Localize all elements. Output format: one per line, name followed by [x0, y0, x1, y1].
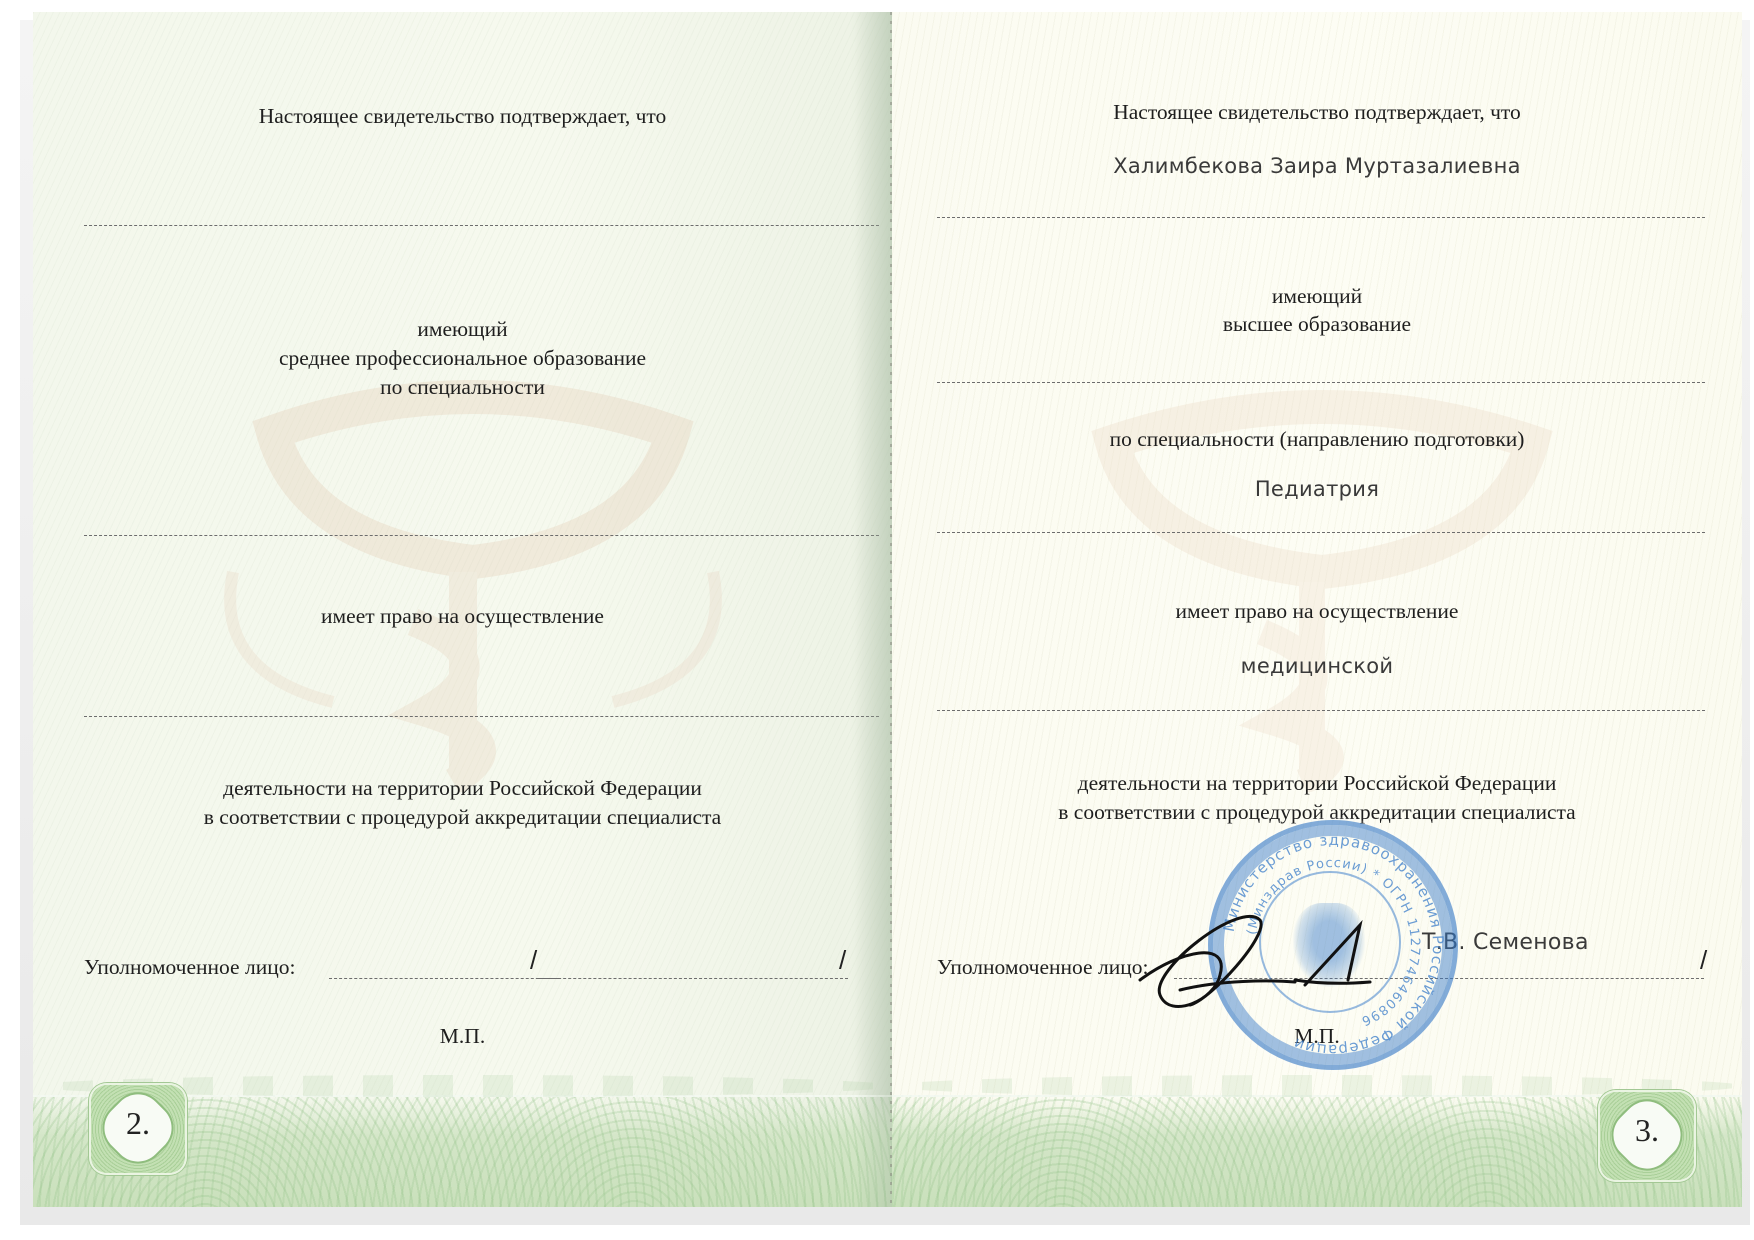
having-text: имеющий [892, 282, 1742, 311]
authorized-label: Уполномоченное лицо: [937, 953, 1148, 982]
specialty-line [84, 535, 879, 536]
intro-text: Настоящее свидетельство подтверждает, чт… [892, 98, 1742, 127]
territory-text-1: деятельности на территории Российской Фе… [33, 774, 892, 803]
page-number: 3. [1598, 1112, 1696, 1149]
by-specialty-text: по специальности (направлению подготовки… [892, 425, 1742, 454]
signatory-name-line [538, 978, 848, 979]
name-line [937, 217, 1705, 218]
fold-shadow [855, 12, 892, 1207]
education-text: среднее профессиональное образование [33, 344, 892, 373]
seal-place: М.П. [33, 1022, 892, 1051]
territory-text-1: деятельности на территории Российской Фе… [892, 769, 1742, 798]
right-to-text: имеет право на осуществление [892, 597, 1742, 626]
activity-line [84, 716, 879, 717]
territory-text-2: в соответствии с процедурой аккредитации… [33, 803, 892, 832]
page-number-badge: 2. [89, 1083, 187, 1175]
name-line [84, 225, 879, 226]
authorized-label: Уполномоченное лицо: [84, 953, 295, 982]
activity-line [937, 710, 1705, 711]
intro-text: Настоящее свидетельство подтверждает, чт… [33, 102, 892, 131]
education-text: высшее образование [892, 310, 1742, 339]
page-number-badge: 3. [1598, 1090, 1696, 1182]
handwritten-signature [1120, 880, 1400, 1030]
education-line [937, 382, 1705, 383]
slash: / [530, 945, 537, 976]
specialty-line [937, 532, 1705, 533]
by-specialty-text: по специальности [33, 373, 892, 402]
bowl-of-hygieia-watermark-icon [213, 372, 733, 792]
right-to-text: имеет право на осуществление [33, 602, 892, 631]
slash: / [1700, 945, 1707, 976]
page-left: Настоящее свидетельство подтверждает, чт… [33, 12, 892, 1207]
slash: / [839, 945, 846, 976]
page-number: 2. [89, 1105, 187, 1142]
having-text: имеющий [33, 315, 892, 344]
signature-line [329, 978, 559, 979]
specialty-value: Педиатрия [892, 475, 1742, 504]
activity-value: медицинской [892, 652, 1742, 681]
holder-name: Халимбекова Заира Муртазалиевна [892, 152, 1742, 181]
